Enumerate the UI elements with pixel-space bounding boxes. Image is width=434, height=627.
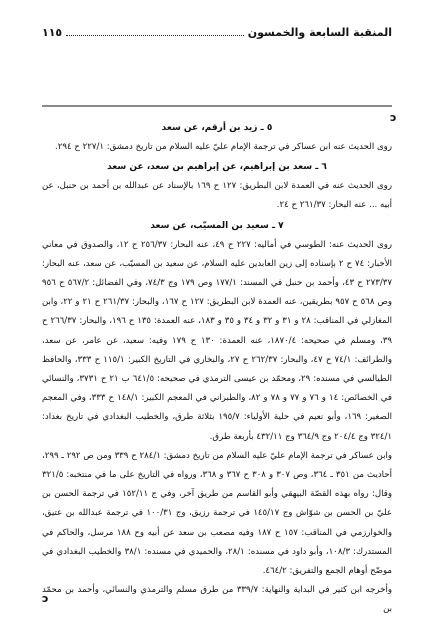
- section-7: ٧ ـ سعيد بن المسيّب، عن سعد روى الحديث ع…: [42, 216, 392, 620]
- page-body: ٥ ـ زيد بن أرقم، عن سعد روى الحديث عنه ا…: [42, 118, 392, 620]
- section-6: ٦ ـ سعد بن إبراهيم، عن إبراهيم بن سعد، ع…: [42, 157, 392, 215]
- paragraph: روى الحديث عنه ابن عساكر في ترجمة الإمام…: [42, 138, 392, 157]
- paragraph: روى الحديث عنه: الطوسي في أماليه: ٢٢٧ ح …: [42, 236, 392, 447]
- header-divider: [42, 105, 392, 107]
- section-heading: ٦ ـ سعد بن إبراهيم، عن إبراهيم بن سعد، ع…: [42, 157, 392, 177]
- continuation-mark-icon: ↄ: [42, 594, 49, 604]
- paragraph: روى الحديث عنه في العمدة لابن البطريق: ١…: [42, 177, 392, 215]
- section-heading: ٧ ـ سعيد بن المسيّب، عن سعد: [42, 216, 392, 236]
- running-title: المنقبة السابعة والخمسون: [248, 26, 392, 39]
- paragraph: وأخرجه ابن كثير في البداية والنهاية: ٣٣٩…: [42, 581, 392, 619]
- paragraph: وابن عساكر في ترجمة الإمام عليّ عليه الس…: [42, 447, 392, 581]
- section-5: ٥ ـ زيد بن أرقم، عن سعد روى الحديث عنه ا…: [42, 118, 392, 157]
- leader-dots: [66, 26, 244, 36]
- section-heading: ٥ ـ زيد بن أرقم، عن سعد: [42, 118, 392, 138]
- page-number: ١١٥: [42, 26, 62, 39]
- running-header: المنقبة السابعة والخمسون ١١٥: [42, 26, 392, 42]
- book-page: المنقبة السابعة والخمسون ١١٥ ↄ ٥ ـ زيد ب…: [0, 0, 434, 627]
